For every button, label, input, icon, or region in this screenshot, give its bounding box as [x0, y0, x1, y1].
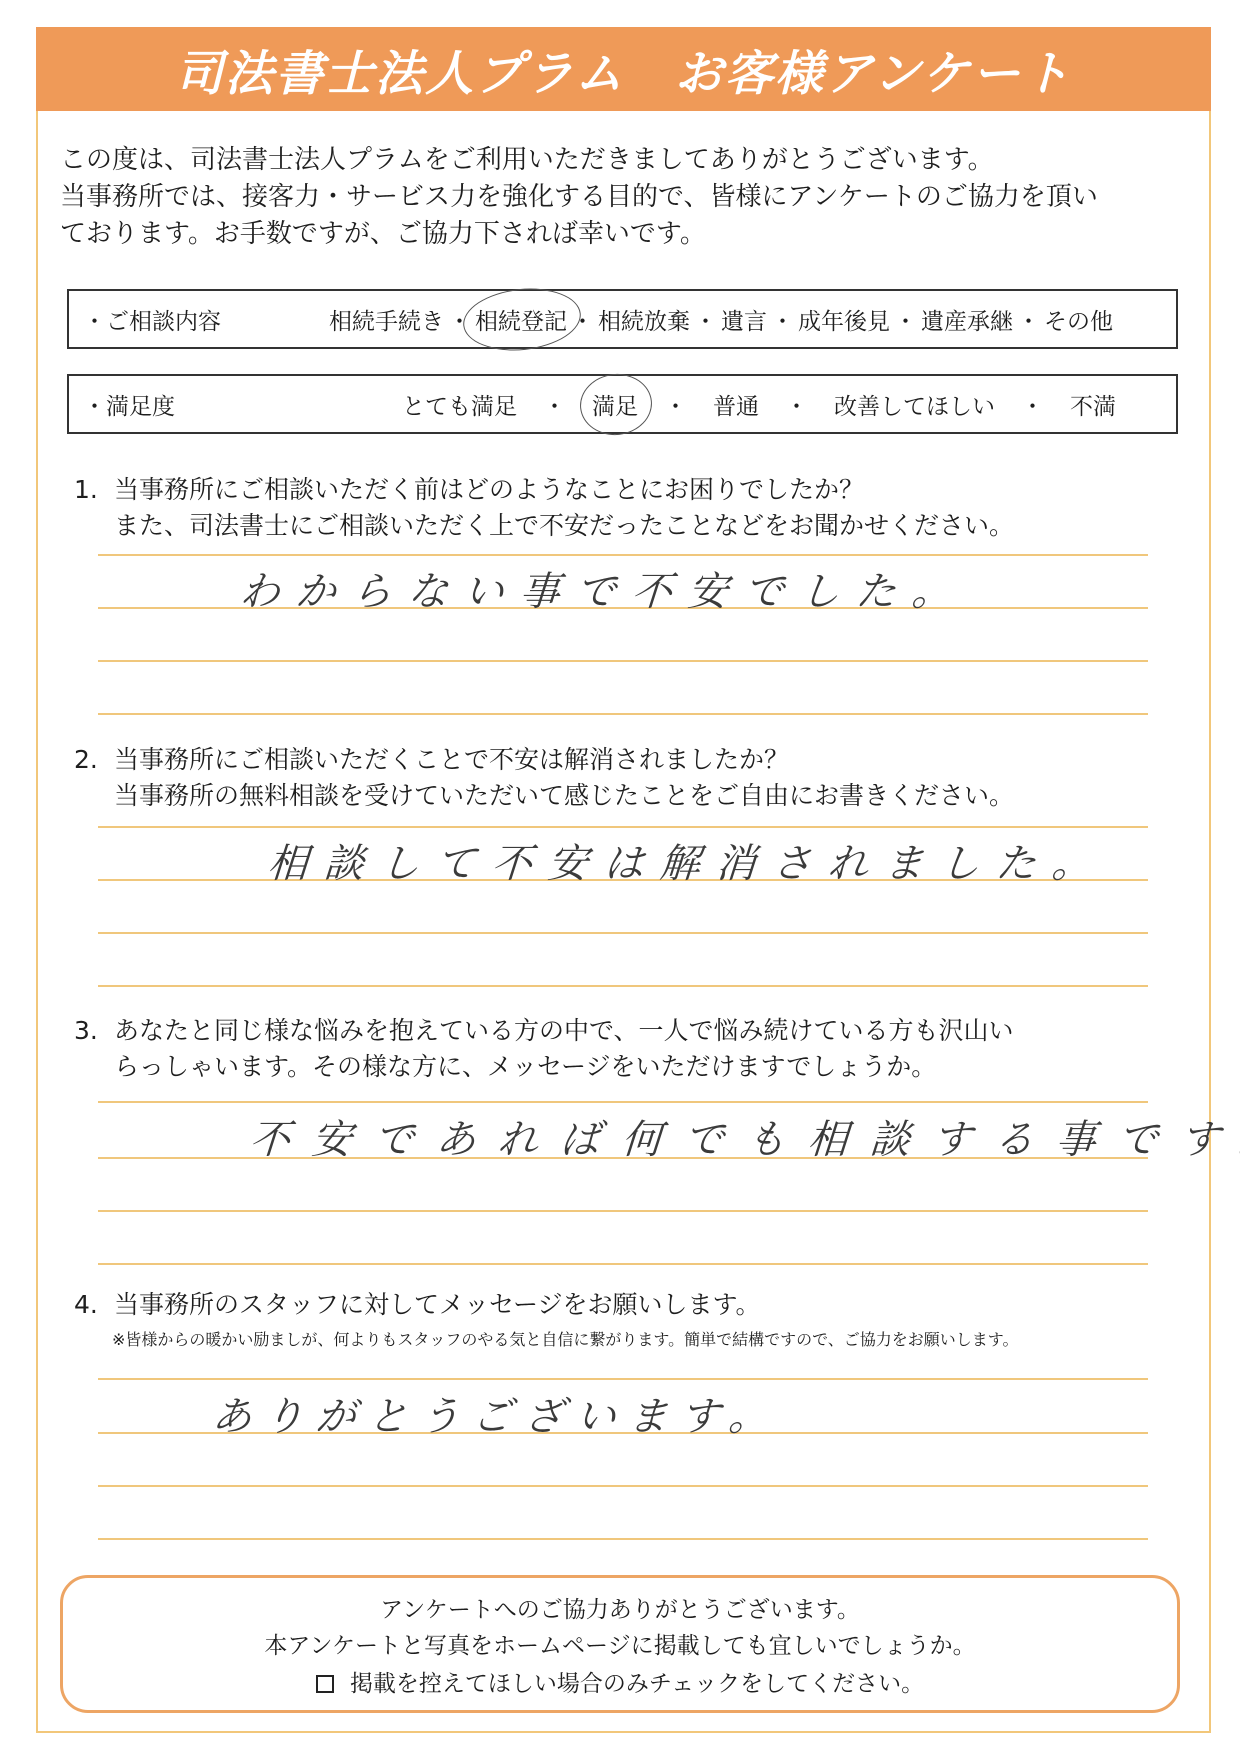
intro-line: ております。お手数ですが、ご協力下されば幸いです。 [60, 216, 1200, 253]
satisfaction-label: ・満足度 [83, 388, 175, 421]
satisfaction-box: ・満足度 とても満足 ・ 満足 ・ 普通 ・ 改善してほしい ・ 不満 [67, 374, 1178, 434]
intro-text: この度は、司法書士法人プラムをご利用いただきましてありがとうございます。 当事務… [60, 142, 1200, 253]
answer-line [98, 1378, 1148, 1380]
consultation-options: 相続手続き ・ 相続登記 ・ 相続放棄 ・ 遺言 ・ 成年後見 ・ 遺産承継 ・… [329, 303, 1113, 336]
intro-line: この度は、司法書士法人プラムをご利用いただきましてありがとうございます。 [60, 142, 1200, 179]
option-dissatisfied[interactable]: 不満 [1070, 388, 1116, 421]
option-very-satisfied[interactable]: とても満足 [402, 388, 517, 421]
question-4: 4.当事務所のスタッフに対してメッセージをお願いします。 ※皆様からの暖かい励ま… [74, 1287, 1184, 1353]
survey-header: 司法書士法人プラム お客様アンケート [36, 27, 1211, 111]
opt-out-label: 掲載を控えてほしい場合のみチェックをしてください。 [350, 1671, 924, 1697]
question-1: 1.当事務所にご相談いただく前はどのようなことにお困りでしたか？ また、司法書士… [74, 472, 1184, 544]
answer-line [98, 1485, 1148, 1487]
question-text: らっしゃいます。その様な方に、メッセージをいただけますでしょうか。 [74, 1049, 1184, 1085]
question-2: 2.当事務所にご相談いただくことで不安は解消されましたか？ 当事務所の無料相談を… [74, 742, 1184, 814]
question-text: あなたと同じ様な悩みを抱えている方の中で、一人で悩み続けている方も沢山い [114, 1016, 1014, 1045]
option-inheritance-procedure[interactable]: 相続手続き [329, 303, 444, 336]
question-3: 3.あなたと同じ様な悩みを抱えている方の中で、一人で悩み続けている方も沢山い ら… [74, 1013, 1184, 1085]
question-number: 1. [74, 472, 114, 508]
answer-line [98, 660, 1148, 662]
question-text: 当事務所の無料相談を受けていただいて感じたことをご自由にお書きください。 [74, 778, 1184, 814]
consent-question: 本アンケートと写真をホームページに掲載しても宜しいでしょうか。 [63, 1628, 1177, 1664]
answer-line [98, 985, 1148, 987]
answer-line [98, 713, 1148, 715]
question-text: 当事務所のスタッフに対してメッセージをお願いします。 [114, 1290, 761, 1319]
answer-line [98, 1538, 1148, 1540]
option-average[interactable]: 普通 [713, 388, 759, 421]
question-note: ※皆様からの暖かい励ましが、何よりもスタッフのやる気と自信に繋がります。簡単で結… [74, 1327, 1184, 1353]
question-number: 4. [74, 1287, 114, 1323]
opt-out-checkbox[interactable] [316, 1675, 334, 1693]
option-estate-succession[interactable]: 遺産承継 [921, 303, 1013, 336]
option-inheritance-renunciation[interactable]: 相続放棄 [598, 303, 690, 336]
option-other[interactable]: その他 [1044, 303, 1113, 336]
option-will[interactable]: 遺言 [721, 303, 767, 336]
satisfaction-options: とても満足 ・ 満足 ・ 普通 ・ 改善してほしい ・ 不満 [402, 388, 1116, 421]
answer-line [98, 826, 1148, 828]
answer-3-handwriting[interactable]: 不安であれば何でも相談する事です。 [248, 1108, 1240, 1165]
question-number: 2. [74, 742, 114, 778]
opt-out-row: 掲載を控えてほしい場合のみチェックをしてください。 [63, 1666, 1177, 1702]
consent-box: アンケートへのご協力ありがとうございます。 本アンケートと写真をホームページに掲… [60, 1575, 1180, 1713]
question-text: 当事務所にご相談いただく前はどのようなことにお困りでしたか？ [114, 475, 864, 504]
answer-1-handwriting[interactable]: わからない事で不安でした。 [238, 560, 970, 617]
option-inheritance-registration[interactable]: 相続登記 [475, 303, 567, 336]
answer-line [98, 932, 1148, 934]
answer-4-handwriting[interactable]: ありがとうございます。 [210, 1385, 783, 1442]
consultation-type-label: ・ご相談内容 [83, 303, 221, 336]
answer-line [98, 1210, 1148, 1212]
option-needs-improvement[interactable]: 改善してほしい [834, 388, 995, 421]
thanks-text: アンケートへのご協力ありがとうございます。 [63, 1592, 1177, 1628]
answer-line [98, 1101, 1148, 1103]
answer-line [98, 554, 1148, 556]
option-adult-guardianship[interactable]: 成年後見 [798, 303, 890, 336]
answer-2-handwriting[interactable]: 相談して不安は解消されました。 [266, 832, 1110, 889]
intro-line: 当事務所では、接客力・サービス力を強化する目的で、皆様にアンケートのご協力を頂い [60, 179, 1200, 216]
question-number: 3. [74, 1013, 114, 1049]
answer-line [98, 1263, 1148, 1265]
page-title: 司法書士法人プラム お客様アンケート [175, 35, 1072, 104]
option-satisfied[interactable]: 満足 [592, 388, 638, 421]
consultation-type-box: ・ご相談内容 相続手続き ・ 相続登記 ・ 相続放棄 ・ 遺言 ・ 成年後見 ・… [67, 289, 1178, 349]
question-text: 当事務所にご相談いただくことで不安は解消されましたか？ [114, 745, 789, 774]
question-text: また、司法書士にご相談いただく上で不安だったことなどをお聞かせください。 [74, 508, 1184, 544]
